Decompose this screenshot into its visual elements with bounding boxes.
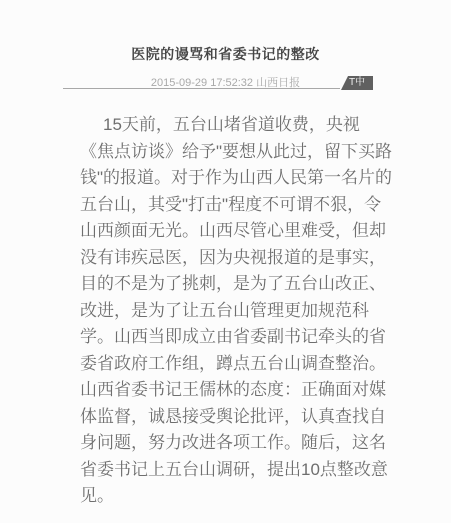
- header-divider: [63, 88, 340, 89]
- body-line: 改进，是为了让五台山管理更加规范科: [80, 298, 372, 325]
- article-body: 15天前，五台山堵省道收费，央视《焦点访谈》给予"要想从此过，留下买路钱"的报道…: [80, 112, 372, 510]
- body-line: 15天前，五台山堵省道收费，央视: [80, 112, 372, 139]
- article-page: 医院的谩骂和省委书记的整改 2015-09-29 17:52:32 山西日报 T…: [0, 0, 451, 523]
- body-line: 五台山，其受"打击"程度不可谓不狠，令: [80, 192, 372, 219]
- body-line: 省委书记上五台山调研，提出10点整改意: [80, 457, 372, 484]
- body-line: 没有讳疾忌医，因为央视报道的是事实，: [80, 245, 372, 272]
- body-line: 学。山西当即成立由省委副书记牵头的省: [80, 324, 372, 351]
- body-line: 山西省委书记王儒林的态度：正确面对媒: [80, 377, 372, 404]
- body-line: 山西颜面无光。山西尽管心里难受，但却: [80, 218, 372, 245]
- body-line: 体监督，诚恳接受舆论批评，认真查找自: [80, 404, 372, 431]
- article-title: 医院的谩骂和省委书记的整改: [0, 44, 451, 64]
- body-line: 委省政府工作组，蹲点五台山调查整治。: [80, 351, 372, 378]
- body-line: 《焦点访谈》给予"要想从此过，留下买路: [80, 139, 372, 166]
- body-line: 身问题，努力改进各项工作。随后，这名: [80, 430, 372, 457]
- body-line: 目的不是为了挑刺，是为了五台山改正、: [80, 271, 372, 298]
- body-line: 钱"的报道。对于作为山西人民第一名片的: [80, 165, 372, 192]
- body-line: 见。: [80, 483, 372, 510]
